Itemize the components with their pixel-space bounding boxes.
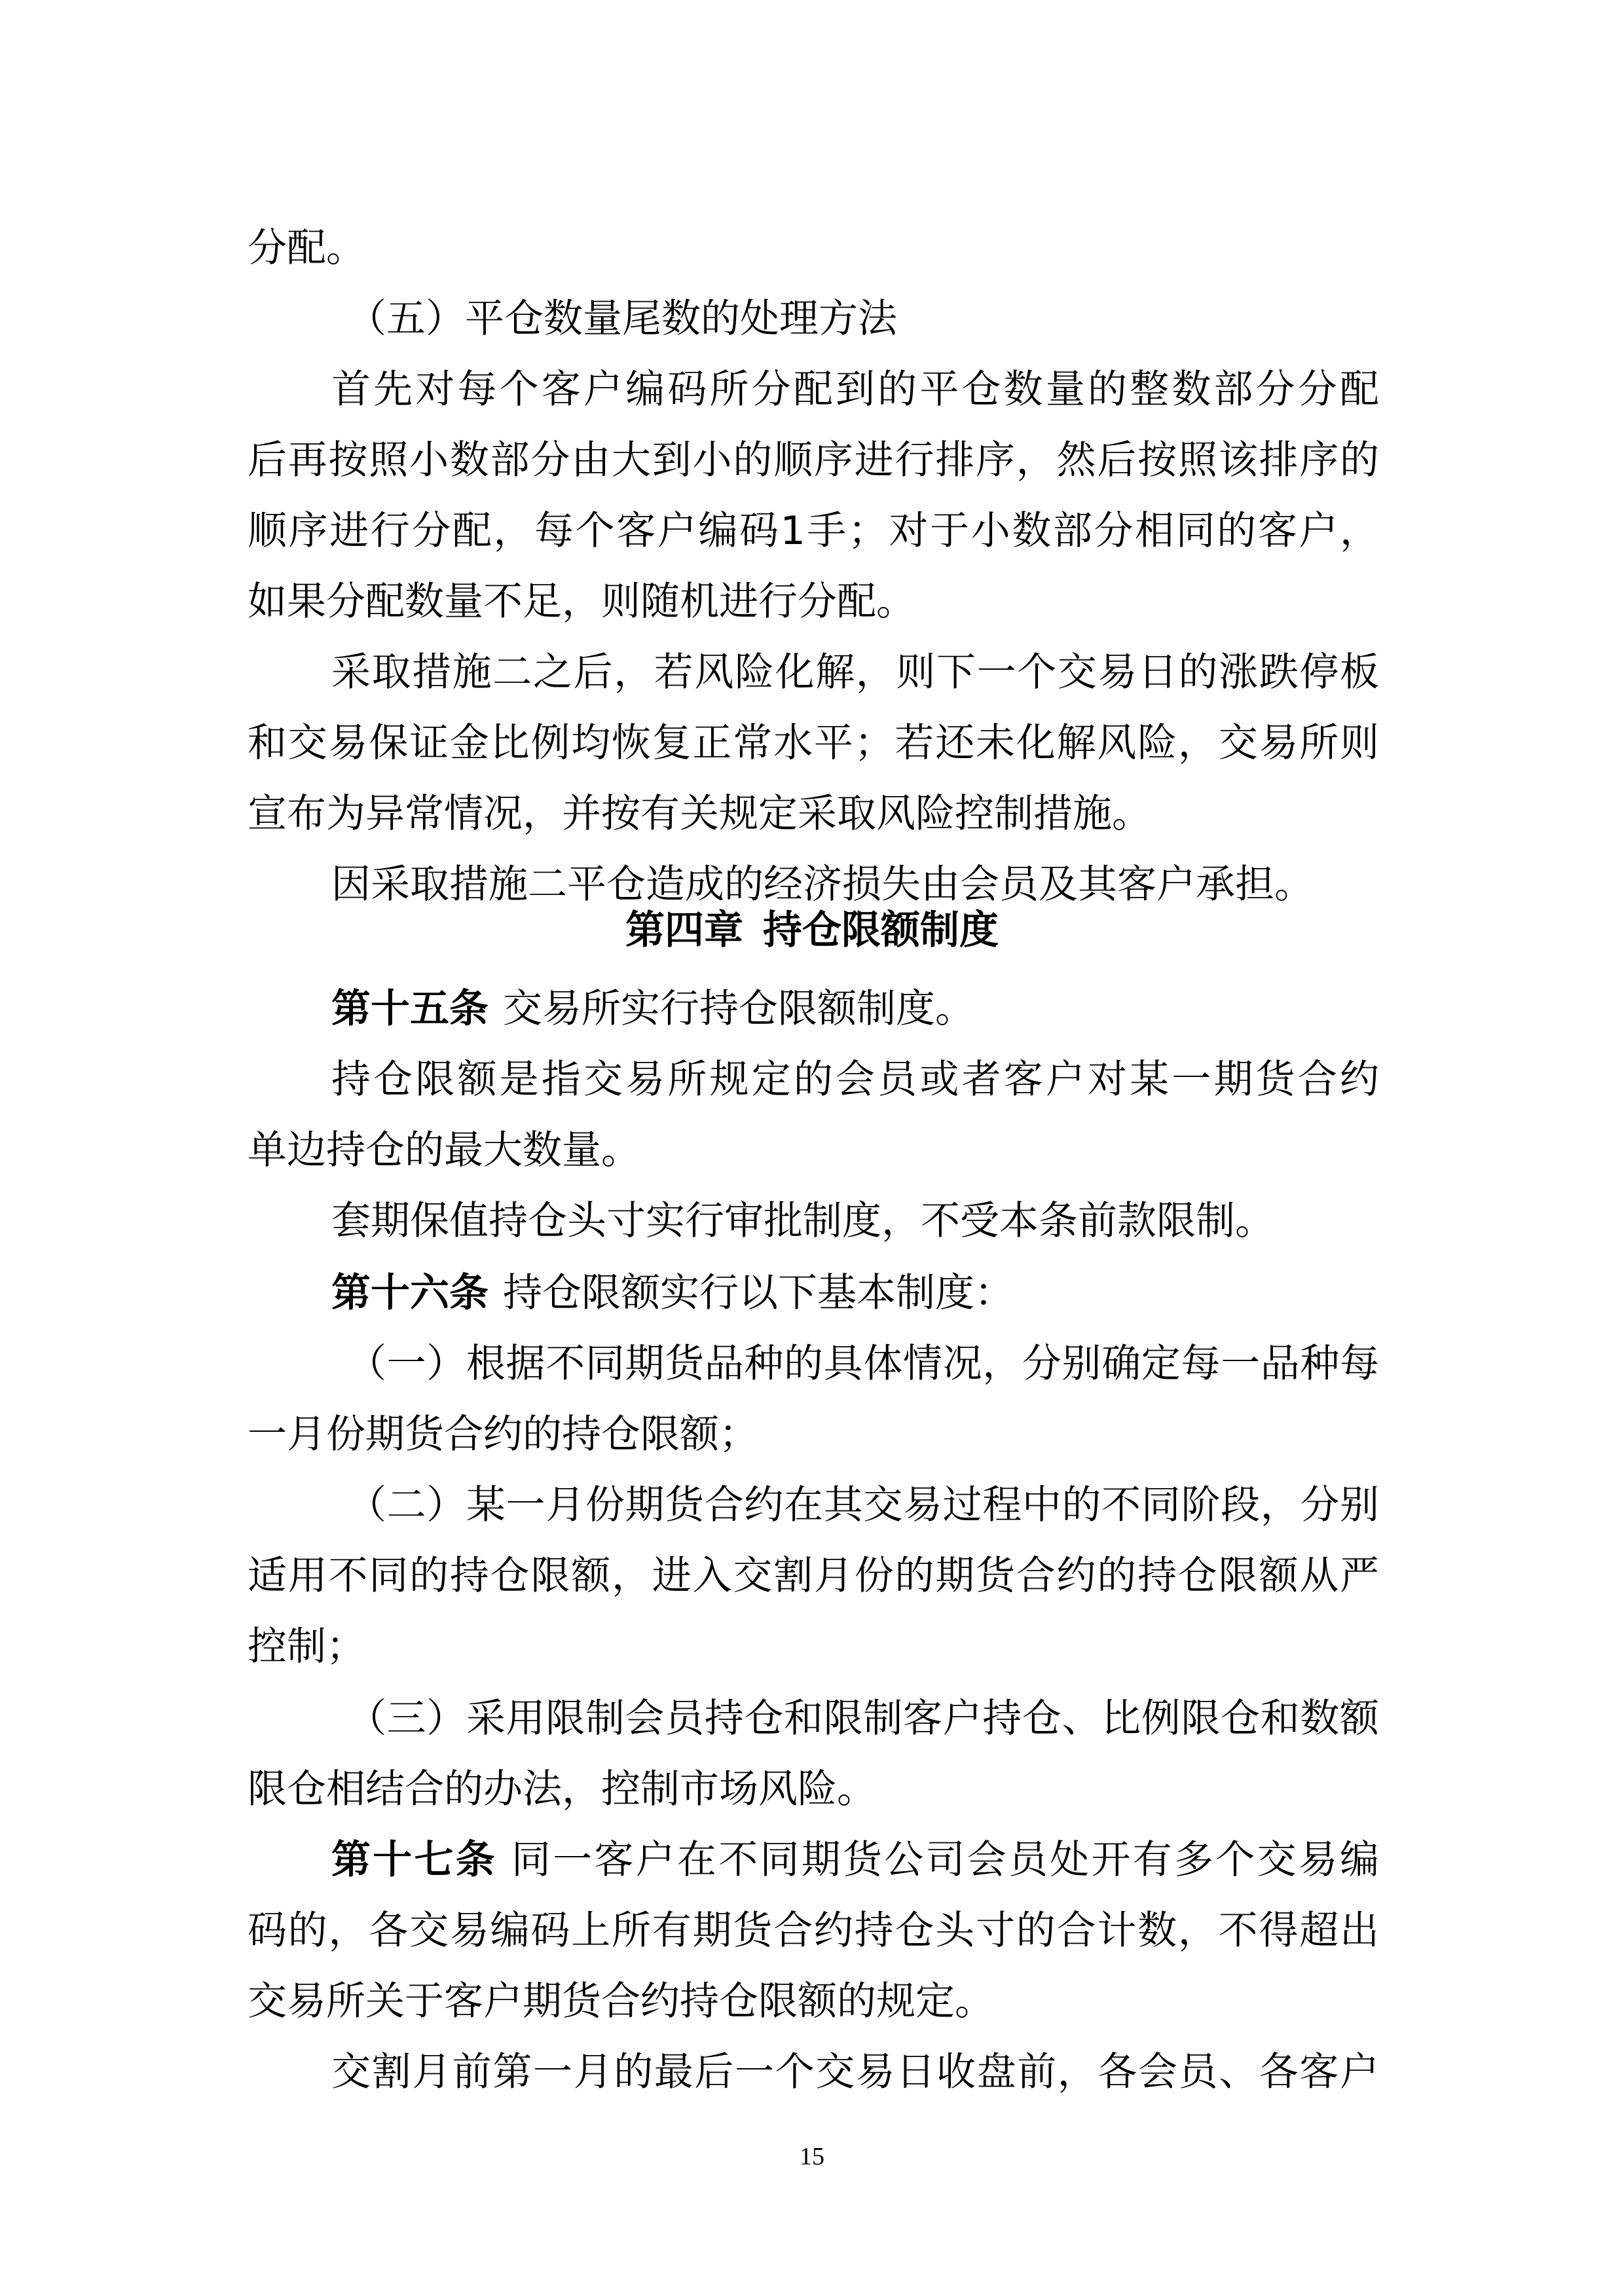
paragraph-line: 顺序进行分配，每个客户编码1手；对于小数部分相同的客户， — [248, 508, 1379, 554]
paragraph-line: 首先对每个客户编码所分配到的平仓数量的整数部分分配 — [248, 367, 1379, 412]
paragraph-line: 采取措施二之后，若风险化解，则下一个交易日的涨跌停板 — [248, 649, 1379, 695]
paragraph-line: 分配。 — [248, 225, 1379, 271]
chapter-title: 持仓限额制度 — [763, 907, 999, 953]
article-17: 第十七条同一客户在不同期货公司会员处开有多个交易编 — [248, 1837, 1379, 1883]
paragraph-line: 宣布为异常情况，并按有关规定采取风险控制措施。 — [248, 791, 1379, 837]
paragraph-line: 和交易保证金比例均恢复正常水平；若还未化解风险，交易所则 — [248, 720, 1379, 766]
article-text: 持仓限额实行以下基本制度： — [503, 1270, 1014, 1316]
list-item-one: （一）根据不同期货品种的具体情况，分别确定每一品种每 — [248, 1341, 1379, 1387]
paragraph-line: 交易所关于客户期货合约持仓限额的规定。 — [248, 1978, 1379, 2024]
article-16: 第十六条持仓限额实行以下基本制度： — [248, 1270, 1379, 1316]
paragraph-line: 交割月前第一月的最后一个交易日收盘前，各会员、各客户 — [248, 2049, 1379, 2095]
section-heading-five: （五）平仓数量尾数的处理方法 — [248, 296, 1379, 342]
document-page: 分配。 （五）平仓数量尾数的处理方法 首先对每个客户编码所分配到的平仓数量的整数… — [0, 0, 1624, 2296]
paragraph-line: 因采取措施二平仓造成的经济损失由会员及其客户承担。 — [248, 862, 1379, 907]
paragraph-line: 后再按照小数部分由大到小的顺序进行排序，然后按照该排序的 — [248, 437, 1379, 483]
article-label: 第十六条 — [331, 1270, 489, 1316]
article-text: 交易所实行持仓限额制度。 — [503, 986, 974, 1032]
page-number: 15 — [0, 2142, 1624, 2171]
paragraph-line: 码的，各交易编码上所有期货合约持仓头寸的合计数，不得超出 — [248, 1908, 1379, 1954]
paragraph-line: 套期保值持仓头寸实行审批制度，不受本条前款限制。 — [248, 1198, 1379, 1244]
article-text: 同一客户在不同期货公司会员处开有多个交易编 — [511, 1837, 1379, 1883]
article-15: 第十五条交易所实行持仓限额制度。 — [248, 986, 1379, 1032]
paragraph-line: 持仓限额是指交易所规定的会员或者客户对某一期货合约 — [248, 1057, 1379, 1102]
paragraph-line: 适用不同的持仓限额，进入交割月份的期货合约的持仓限额从严 — [248, 1553, 1379, 1599]
chapter-heading: 第四章持仓限额制度 — [0, 907, 1624, 953]
article-label: 第十七条 — [331, 1837, 497, 1883]
paragraph-line: 单边持仓的最大数量。 — [248, 1127, 1379, 1173]
article-label: 第十五条 — [331, 986, 489, 1032]
chapter-number: 第四章 — [625, 907, 743, 953]
list-item-three: （三）采用限制会员持仓和限制客户持仓、比例限仓和数额 — [248, 1696, 1379, 1741]
paragraph-line: 限仓相结合的办法，控制市场风险。 — [248, 1766, 1379, 1812]
paragraph-line: 控制； — [248, 1624, 1379, 1669]
paragraph-line: 如果分配数量不足，则随机进行分配。 — [248, 579, 1379, 625]
list-item-two: （二）某一月份期货合约在其交易过程中的不同阶段，分别 — [248, 1482, 1379, 1528]
paragraph-line: 一月份期货合约的持仓限额； — [248, 1412, 1379, 1457]
